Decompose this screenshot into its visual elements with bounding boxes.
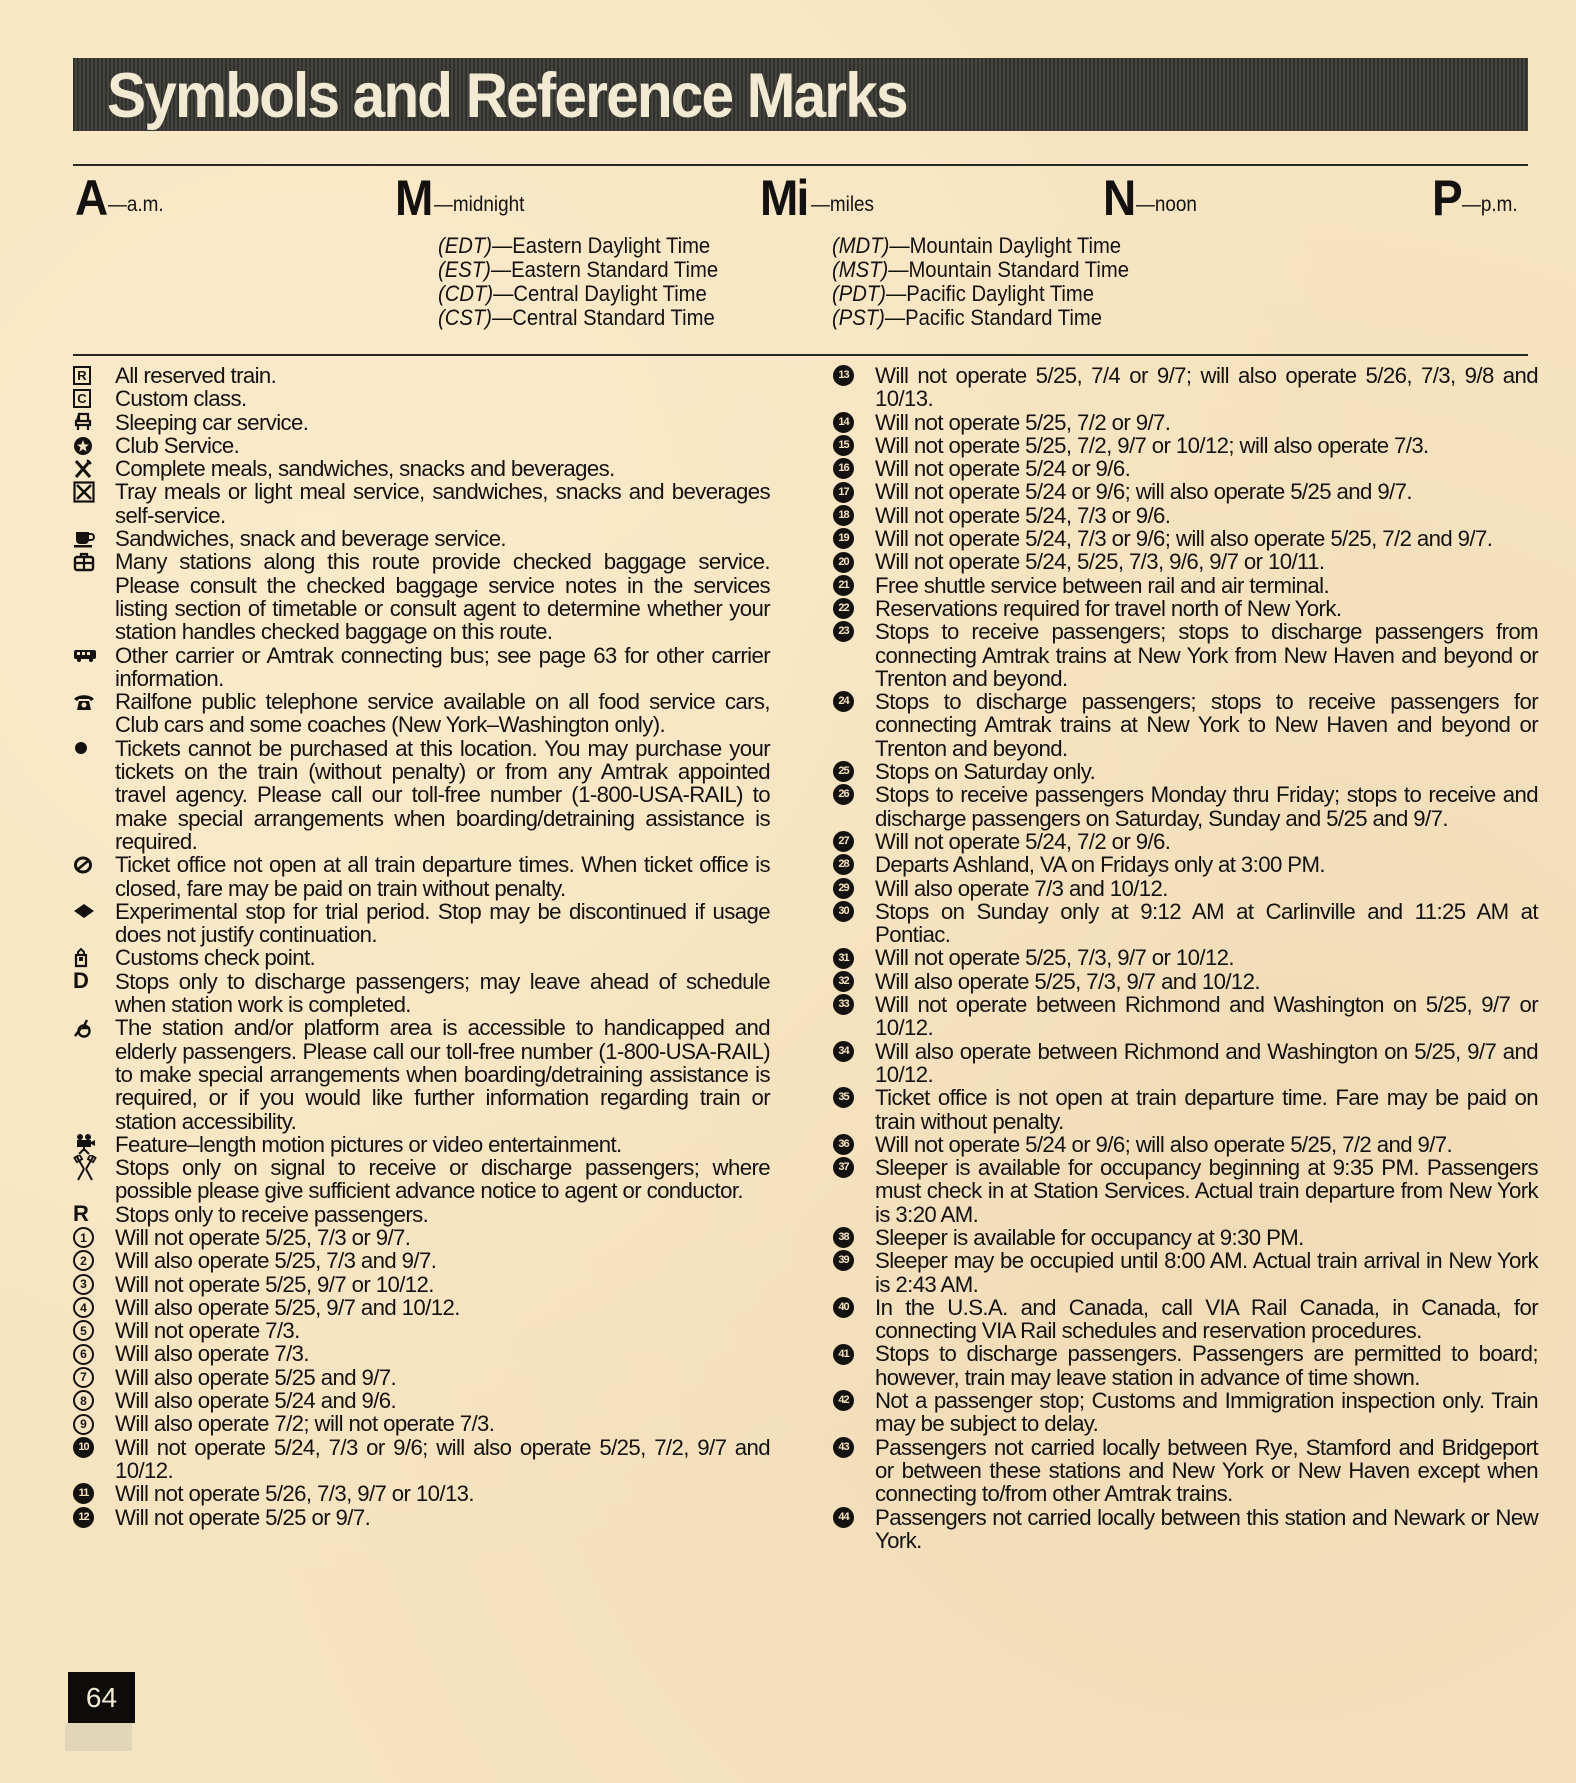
legend-text: Will not operate between Richmond and Wa…: [875, 993, 1538, 1040]
legend-entry: Complete meals, sandwiches, snacks and b…: [73, 457, 770, 480]
legend-text: Stops only to discharge passengers; may …: [115, 970, 770, 1017]
legend-text: Sleeper may be occupied until 8:00 AM. A…: [875, 1249, 1538, 1296]
time-zone-code: (CDT): [438, 281, 493, 306]
page-number: 64: [68, 1672, 135, 1723]
abbr-letter: M: [395, 176, 431, 220]
circled-number-28-icon: 28: [833, 853, 875, 876]
time-zone-entry: (CST)—Central Standard Time: [438, 306, 718, 330]
legend-text: Will also operate 5/25, 7/3 and 9/7.: [115, 1249, 770, 1272]
legend-entry: 19Will not operate 5/24, 7/3 or 9/6; wil…: [833, 527, 1538, 550]
legend-entry: Sleeping car service.: [73, 411, 770, 434]
circled-number-9-icon: 9: [73, 1412, 115, 1435]
circled-number-27-icon: 27: [833, 830, 875, 853]
circled-number-17-icon: 17: [833, 480, 875, 503]
legend-text: Passengers not carried locally between t…: [875, 1506, 1538, 1553]
legend-text: In the U.S.A. and Canada, call VIA Rail …: [875, 1296, 1538, 1343]
legend-entry: 13Will not operate 5/25, 7/4 or 9/7; wil…: [833, 364, 1538, 411]
legend-text: Stops only to receive passengers.: [115, 1203, 770, 1226]
letter-d-icon: D: [73, 970, 115, 993]
legend-text: Will not operate 5/24, 7/3 or 9/6; will …: [115, 1436, 770, 1483]
abbr-am: A —a.m.: [75, 176, 170, 220]
circled-number-23-icon: 23: [833, 620, 875, 643]
legend-text: Will not operate 5/26, 7/3, 9/7 or 10/13…: [115, 1482, 770, 1505]
legend-entry: 9Will also operate 7/2; will not operate…: [73, 1412, 770, 1435]
abbr-midnight: M —midnight: [395, 176, 534, 220]
legend-entry: 42Not a passenger stop; Customs and Immi…: [833, 1389, 1538, 1436]
abbr-meaning: —miles: [811, 190, 874, 220]
legend-text: Ticket office is not open at train depar…: [875, 1086, 1538, 1133]
time-zone-name: —Pacific Standard Time: [885, 305, 1102, 330]
legend-entry: 8Will also operate 5/24 and 9/6.: [73, 1389, 770, 1412]
circled-number-14-icon: 14: [833, 411, 875, 434]
legend-text: Will not operate 5/25, 7/3, 9/7 or 10/12…: [875, 946, 1538, 969]
legend-text: Will also operate between Richmond and W…: [875, 1040, 1538, 1087]
legend-text: Will also operate 5/24 and 9/6.: [115, 1389, 770, 1412]
legend-text: Complete meals, sandwiches, snacks and b…: [115, 457, 770, 480]
legend-entry: Club Service.: [73, 434, 770, 457]
legend-entry: Tray meals or light meal service, sandwi…: [73, 480, 770, 527]
time-zone-entry: (EST)—Eastern Standard Time: [438, 258, 718, 282]
time-zone-name: —Mountain Standard Time: [888, 257, 1129, 282]
circled-number-34-icon: 34: [833, 1040, 875, 1063]
legend-entry: The station and/or platform area is acce…: [73, 1016, 770, 1132]
legend-entry: 30Stops on Sunday only at 9:12 AM at Car…: [833, 900, 1538, 947]
legend-entry: 11Will not operate 5/26, 7/3, 9/7 or 10/…: [73, 1482, 770, 1505]
circled-number-31-icon: 31: [833, 946, 875, 969]
legend-entry: RStops only to receive passengers.: [73, 1203, 770, 1226]
legend-entry: 1Will not operate 5/25, 7/3 or 9/7.: [73, 1226, 770, 1249]
legend-text: Sandwiches, snack and beverage service.: [115, 527, 770, 550]
legend-text: All reserved train.: [115, 364, 770, 387]
legend-entry: 10Will not operate 5/24, 7/3 or 9/6; wil…: [73, 1436, 770, 1483]
legend-entry: 18Will not operate 5/24, 7/3 or 9/6.: [833, 504, 1538, 527]
legend-entry: 40In the U.S.A. and Canada, call VIA Rai…: [833, 1296, 1538, 1343]
legend-entry: 14Will not operate 5/25, 7/2 or 9/7.: [833, 411, 1538, 434]
circled-number-8-icon: 8: [73, 1389, 115, 1412]
legend-entry: 5Will not operate 7/3.: [73, 1319, 770, 1342]
circled-number-30-icon: 30: [833, 900, 875, 923]
legend-text: Will also operate 7/3 and 10/12.: [875, 877, 1538, 900]
circled-number-1-icon: 1: [73, 1226, 115, 1249]
legend-entry: 20Will not operate 5/24, 5/25, 7/3, 9/6,…: [833, 550, 1538, 573]
legend-entry: CCustom class.: [73, 387, 770, 410]
time-zone-entry: (EDT)—Eastern Daylight Time: [438, 234, 718, 258]
legend-entry: RAll reserved train.: [73, 364, 770, 387]
time-zone-name: —Eastern Daylight Time: [492, 233, 710, 258]
legend-text: Will not operate 5/24 or 9/6.: [875, 457, 1538, 480]
abbr-letter: N: [1103, 176, 1134, 220]
legend-text: Stops to receive passengers Monday thru …: [875, 783, 1538, 830]
customs-icon: [73, 946, 115, 969]
abbr-meaning: —noon: [1136, 190, 1197, 220]
legend-text: Sleeper is available for occupancy at 9:…: [875, 1226, 1538, 1249]
legend-entry: 23Stops to receive passengers; stops to …: [833, 620, 1538, 690]
abbr-letter: A: [75, 176, 106, 220]
legend-text: Many stations along this route provide c…: [115, 550, 770, 643]
page-number-shadow: [65, 1723, 132, 1751]
legend-entry: Ticket office not open at all train depa…: [73, 853, 770, 900]
legend-text: Free shuttle service between rail and ai…: [875, 574, 1538, 597]
legend-text: Customs check point.: [115, 946, 770, 969]
circled-number-10-icon: 10: [73, 1436, 115, 1459]
legend-entry: 24Stops to discharge passengers; stops t…: [833, 690, 1538, 760]
legend-text: Will not operate 5/25, 7/4 or 9/7; will …: [875, 364, 1538, 411]
time-zone-entry: (MDT)—Mountain Daylight Time: [832, 234, 1129, 258]
custom-class-box-c-icon: C: [73, 387, 115, 410]
circled-number-37-icon: 37: [833, 1156, 875, 1179]
divider-top: [73, 164, 1528, 166]
club-star-icon: [73, 434, 115, 457]
time-zone-entry: (PDT)—Pacific Daylight Time: [832, 282, 1129, 306]
circled-number-43-icon: 43: [833, 1436, 875, 1459]
legend-entry: 32Will also operate 5/25, 7/3, 9/7 and 1…: [833, 970, 1538, 993]
circled-number-42-icon: 42: [833, 1389, 875, 1412]
abbr-miles: Mi —miles: [760, 176, 881, 220]
legend-text: Will not operate 5/25, 9/7 or 10/12.: [115, 1273, 770, 1296]
legend-text: Departs Ashland, VA on Fridays only at 3…: [875, 853, 1538, 876]
legend-entry: Feature–length motion pictures or video …: [73, 1133, 770, 1156]
abbr-letter: P: [1432, 176, 1461, 220]
circled-number-26-icon: 26: [833, 783, 875, 806]
legend-entry: 43Passengers not carried locally between…: [833, 1436, 1538, 1506]
abbr-meaning: —a.m.: [108, 190, 164, 220]
legend-entry: Customs check point.: [73, 946, 770, 969]
legend-text: Not a passenger stop; Customs and Immigr…: [875, 1389, 1538, 1436]
title-banner: Symbols and Reference Marks: [73, 58, 1528, 131]
time-zone-code: (CST): [438, 305, 492, 330]
legend-entry: 34Will also operate between Richmond and…: [833, 1040, 1538, 1087]
legend-entry: 12Will not operate 5/25 or 9/7.: [73, 1506, 770, 1529]
circled-number-39-icon: 39: [833, 1249, 875, 1272]
legend-text: Will not operate 5/24, 7/3 or 9/6.: [875, 504, 1538, 527]
abbr-meaning: —p.m.: [1462, 190, 1518, 220]
legend-text: Club Service.: [115, 434, 770, 457]
time-zone-entry: (CDT)—Central Daylight Time: [438, 282, 718, 306]
circled-number-15-icon: 15: [833, 434, 875, 457]
time-zones-eastern-central: (EDT)—Eastern Daylight Time(EST)—Eastern…: [438, 234, 742, 330]
legend-text: Experimental stop for trial period. Stop…: [115, 900, 770, 947]
circled-number-35-icon: 35: [833, 1086, 875, 1109]
coffee-cup-icon: [73, 527, 115, 550]
bullet-dot-icon: [73, 737, 115, 760]
legend-text: Will not operate 5/25 or 9/7.: [115, 1506, 770, 1529]
ticket-office-closed-icon: [73, 853, 115, 876]
legend-text: Passengers not carried locally between R…: [875, 1436, 1538, 1506]
legend-text: Will also operate 5/25 and 9/7.: [115, 1366, 770, 1389]
legend-entry: 4Will also operate 5/25, 9/7 and 10/12.: [73, 1296, 770, 1319]
movie-camera-icon: [73, 1133, 115, 1156]
circled-number-12-icon: 12: [73, 1506, 115, 1529]
legend-entry: 26Stops to receive passengers Monday thr…: [833, 783, 1538, 830]
telephone-icon: [73, 690, 115, 713]
time-zone-code: (PST): [832, 305, 885, 330]
legend-entry: 2Will also operate 5/25, 7/3 and 9/7.: [73, 1249, 770, 1272]
legend-text: Will also operate 7/2; will not operate …: [115, 1412, 770, 1435]
legend-text: Other carrier or Amtrak connecting bus; …: [115, 644, 770, 691]
circled-number-7-icon: 7: [73, 1366, 115, 1389]
legend-entry: 25Stops on Saturday only.: [833, 760, 1538, 783]
legend-entry: 3Will not operate 5/25, 9/7 or 10/12.: [73, 1273, 770, 1296]
abbr-noon: N —noon: [1103, 176, 1204, 220]
legend-text: Will also operate 5/25, 7/3, 9/7 and 10/…: [875, 970, 1538, 993]
legend-text: Sleeping car service.: [115, 411, 770, 434]
time-zone-name: —Pacific Daylight Time: [886, 281, 1094, 306]
abbr-meaning: —midnight: [434, 190, 524, 220]
circled-number-36-icon: 36: [833, 1133, 875, 1156]
circled-number-32-icon: 32: [833, 970, 875, 993]
circled-number-20-icon: 20: [833, 550, 875, 573]
legend-entry: 17Will not operate 5/24 or 9/6; will als…: [833, 480, 1538, 503]
legend-text: The station and/or platform area is acce…: [115, 1016, 770, 1132]
legend-text: Will not operate 5/24 or 9/6; will also …: [875, 1133, 1538, 1156]
circled-number-5-icon: 5: [73, 1319, 115, 1342]
circled-number-2-icon: 2: [73, 1249, 115, 1272]
legend-entry: 21Free shuttle service between rail and …: [833, 574, 1538, 597]
legend-text: Will not operate 5/24, 7/2 or 9/6.: [875, 830, 1538, 853]
legend-text: Stops on Saturday only.: [875, 760, 1538, 783]
circled-number-6-icon: 6: [73, 1342, 115, 1365]
time-zone-code: (MDT): [832, 233, 889, 258]
legend-text: Will not operate 5/24, 5/25, 7/3, 9/6, 9…: [875, 550, 1538, 573]
legend-text: Stops to discharge passengers. Passenger…: [875, 1342, 1538, 1389]
legend-text: Feature–length motion pictures or video …: [115, 1133, 770, 1156]
legend-text: Tickets cannot be purchased at this loca…: [115, 737, 770, 853]
legend-text: Will also operate 5/25, 9/7 and 10/12.: [115, 1296, 770, 1319]
legend-text: Will also operate 7/3.: [115, 1342, 770, 1365]
divider-bottom: [73, 354, 1528, 356]
time-zones-mountain-pacific: (MDT)—Mountain Daylight Time(MST)—Mounta…: [832, 234, 1155, 330]
baggage-icon: [73, 550, 115, 573]
fork-knife-icon: [73, 457, 115, 480]
page-title: Symbols and Reference Marks: [107, 60, 907, 132]
legend-text: Reservations required for travel north o…: [875, 597, 1538, 620]
legend-entry: 37Sleeper is available for occupancy beg…: [833, 1156, 1538, 1226]
abbr-letter: Mi: [760, 176, 807, 220]
legend-text: Ticket office not open at all train depa…: [115, 853, 770, 900]
legend-text: Tray meals or light meal service, sandwi…: [115, 480, 770, 527]
time-zone-name: —Central Standard Time: [492, 305, 715, 330]
legend-entry: 16Will not operate 5/24 or 9/6.: [833, 457, 1538, 480]
circled-number-41-icon: 41: [833, 1342, 875, 1365]
legend-entry: 6Will also operate 7/3.: [73, 1342, 770, 1365]
legend-entry: 44Passengers not carried locally between…: [833, 1506, 1538, 1553]
circled-number-33-icon: 33: [833, 993, 875, 1016]
circled-number-19-icon: 19: [833, 527, 875, 550]
legend-entry: Many stations along this route provide c…: [73, 550, 770, 643]
legend-entry: 36Will not operate 5/24 or 9/6; will als…: [833, 1133, 1538, 1156]
time-zone-code: (MST): [832, 257, 888, 282]
time-zone-code: (EDT): [438, 233, 492, 258]
legend-entry: Sandwiches, snack and beverage service.: [73, 527, 770, 550]
legend-entry: 31Will not operate 5/25, 7/3, 9/7 or 10/…: [833, 946, 1538, 969]
legend-entry: Railfone public telephone service availa…: [73, 690, 770, 737]
legend-text: Will not operate 5/25, 7/2 or 9/7.: [875, 411, 1538, 434]
time-zone-name: —Eastern Standard Time: [491, 257, 718, 282]
legend-entry: Other carrier or Amtrak connecting bus; …: [73, 644, 770, 691]
wheelchair-icon: [73, 1016, 115, 1039]
boxed-fork-knife-icon: [73, 480, 115, 503]
legend-entry: 39Sleeper may be occupied until 8:00 AM.…: [833, 1249, 1538, 1296]
letter-r-icon: R: [73, 1203, 115, 1226]
legend-entry: 15Will not operate 5/25, 7/2, 9/7 or 10/…: [833, 434, 1538, 457]
legend-entry: 27Will not operate 5/24, 7/2 or 9/6.: [833, 830, 1538, 853]
time-zone-name: —Central Daylight Time: [493, 281, 707, 306]
reference-marks-column: 13Will not operate 5/25, 7/4 or 9/7; wil…: [833, 364, 1538, 1552]
circled-number-4-icon: 4: [73, 1296, 115, 1319]
legend-text: Railfone public telephone service availa…: [115, 690, 770, 737]
circled-number-16-icon: 16: [833, 457, 875, 480]
time-zone-name: —Mountain Daylight Time: [889, 233, 1121, 258]
legend-entry: 41Stops to discharge passengers. Passeng…: [833, 1342, 1538, 1389]
legend-entry: DStops only to discharge passengers; may…: [73, 970, 770, 1017]
symbols-column: RAll reserved train.CCustom class.Sleepi…: [73, 364, 770, 1529]
circled-number-25-icon: 25: [833, 760, 875, 783]
time-zone-code: (PDT): [832, 281, 886, 306]
circled-number-11-icon: 11: [73, 1482, 115, 1505]
legend-text: Stops to receive passengers; stops to di…: [875, 620, 1538, 690]
circled-number-44-icon: 44: [833, 1506, 875, 1529]
legend-entry: 22Reservations required for travel north…: [833, 597, 1538, 620]
diamond-icon: [73, 900, 115, 923]
legend-entry: 28Departs Ashland, VA on Fridays only at…: [833, 853, 1538, 876]
circled-number-38-icon: 38: [833, 1226, 875, 1249]
legend-entry: Stops only on signal to receive or disch…: [73, 1156, 770, 1203]
legend-entry: 35Ticket office is not open at train dep…: [833, 1086, 1538, 1133]
bus-icon: [73, 644, 115, 667]
legend-entry: Experimental stop for trial period. Stop…: [73, 900, 770, 947]
circled-number-22-icon: 22: [833, 597, 875, 620]
time-zone-entry: (MST)—Mountain Standard Time: [832, 258, 1129, 282]
legend-entry: 7Will also operate 5/25 and 9/7.: [73, 1366, 770, 1389]
legend-text: Custom class.: [115, 387, 770, 410]
legend-text: Stops only on signal to receive or disch…: [115, 1156, 770, 1203]
legend-text: Will not operate 5/24, 7/3 or 9/6; will …: [875, 527, 1538, 550]
sleeping-car-icon: [73, 411, 115, 434]
circled-number-13-icon: 13: [833, 364, 875, 387]
circled-number-40-icon: 40: [833, 1296, 875, 1319]
circled-number-21-icon: 21: [833, 574, 875, 597]
time-zone-code: (EST): [438, 257, 491, 282]
legend-text: Stops to discharge passengers; stops to …: [875, 690, 1538, 760]
legend-text: Will not operate 7/3.: [115, 1319, 770, 1342]
legend-text: Will not operate 5/25, 7/3 or 9/7.: [115, 1226, 770, 1249]
flag-signal-icon: [73, 1156, 115, 1179]
circled-number-24-icon: 24: [833, 690, 875, 713]
reserved-box-r-icon: R: [73, 364, 115, 387]
circled-number-3-icon: 3: [73, 1273, 115, 1296]
legend-entry: Tickets cannot be purchased at this loca…: [73, 737, 770, 853]
legend-text: Will not operate 5/25, 7/2, 9/7 or 10/12…: [875, 434, 1538, 457]
legend-entry: 33Will not operate between Richmond and …: [833, 993, 1538, 1040]
legend-text: Stops on Sunday only at 9:12 AM at Carli…: [875, 900, 1538, 947]
legend-text: Sleeper is available for occupancy begin…: [875, 1156, 1538, 1226]
legend-entry: 29Will also operate 7/3 and 10/12.: [833, 877, 1538, 900]
legend-entry: 38Sleeper is available for occupancy at …: [833, 1226, 1538, 1249]
circled-number-29-icon: 29: [833, 877, 875, 900]
legend-text: Will not operate 5/24 or 9/6; will also …: [875, 480, 1538, 503]
circled-number-18-icon: 18: [833, 504, 875, 527]
abbr-pm: P —p.m.: [1432, 176, 1524, 220]
time-zone-entry: (PST)—Pacific Standard Time: [832, 306, 1129, 330]
